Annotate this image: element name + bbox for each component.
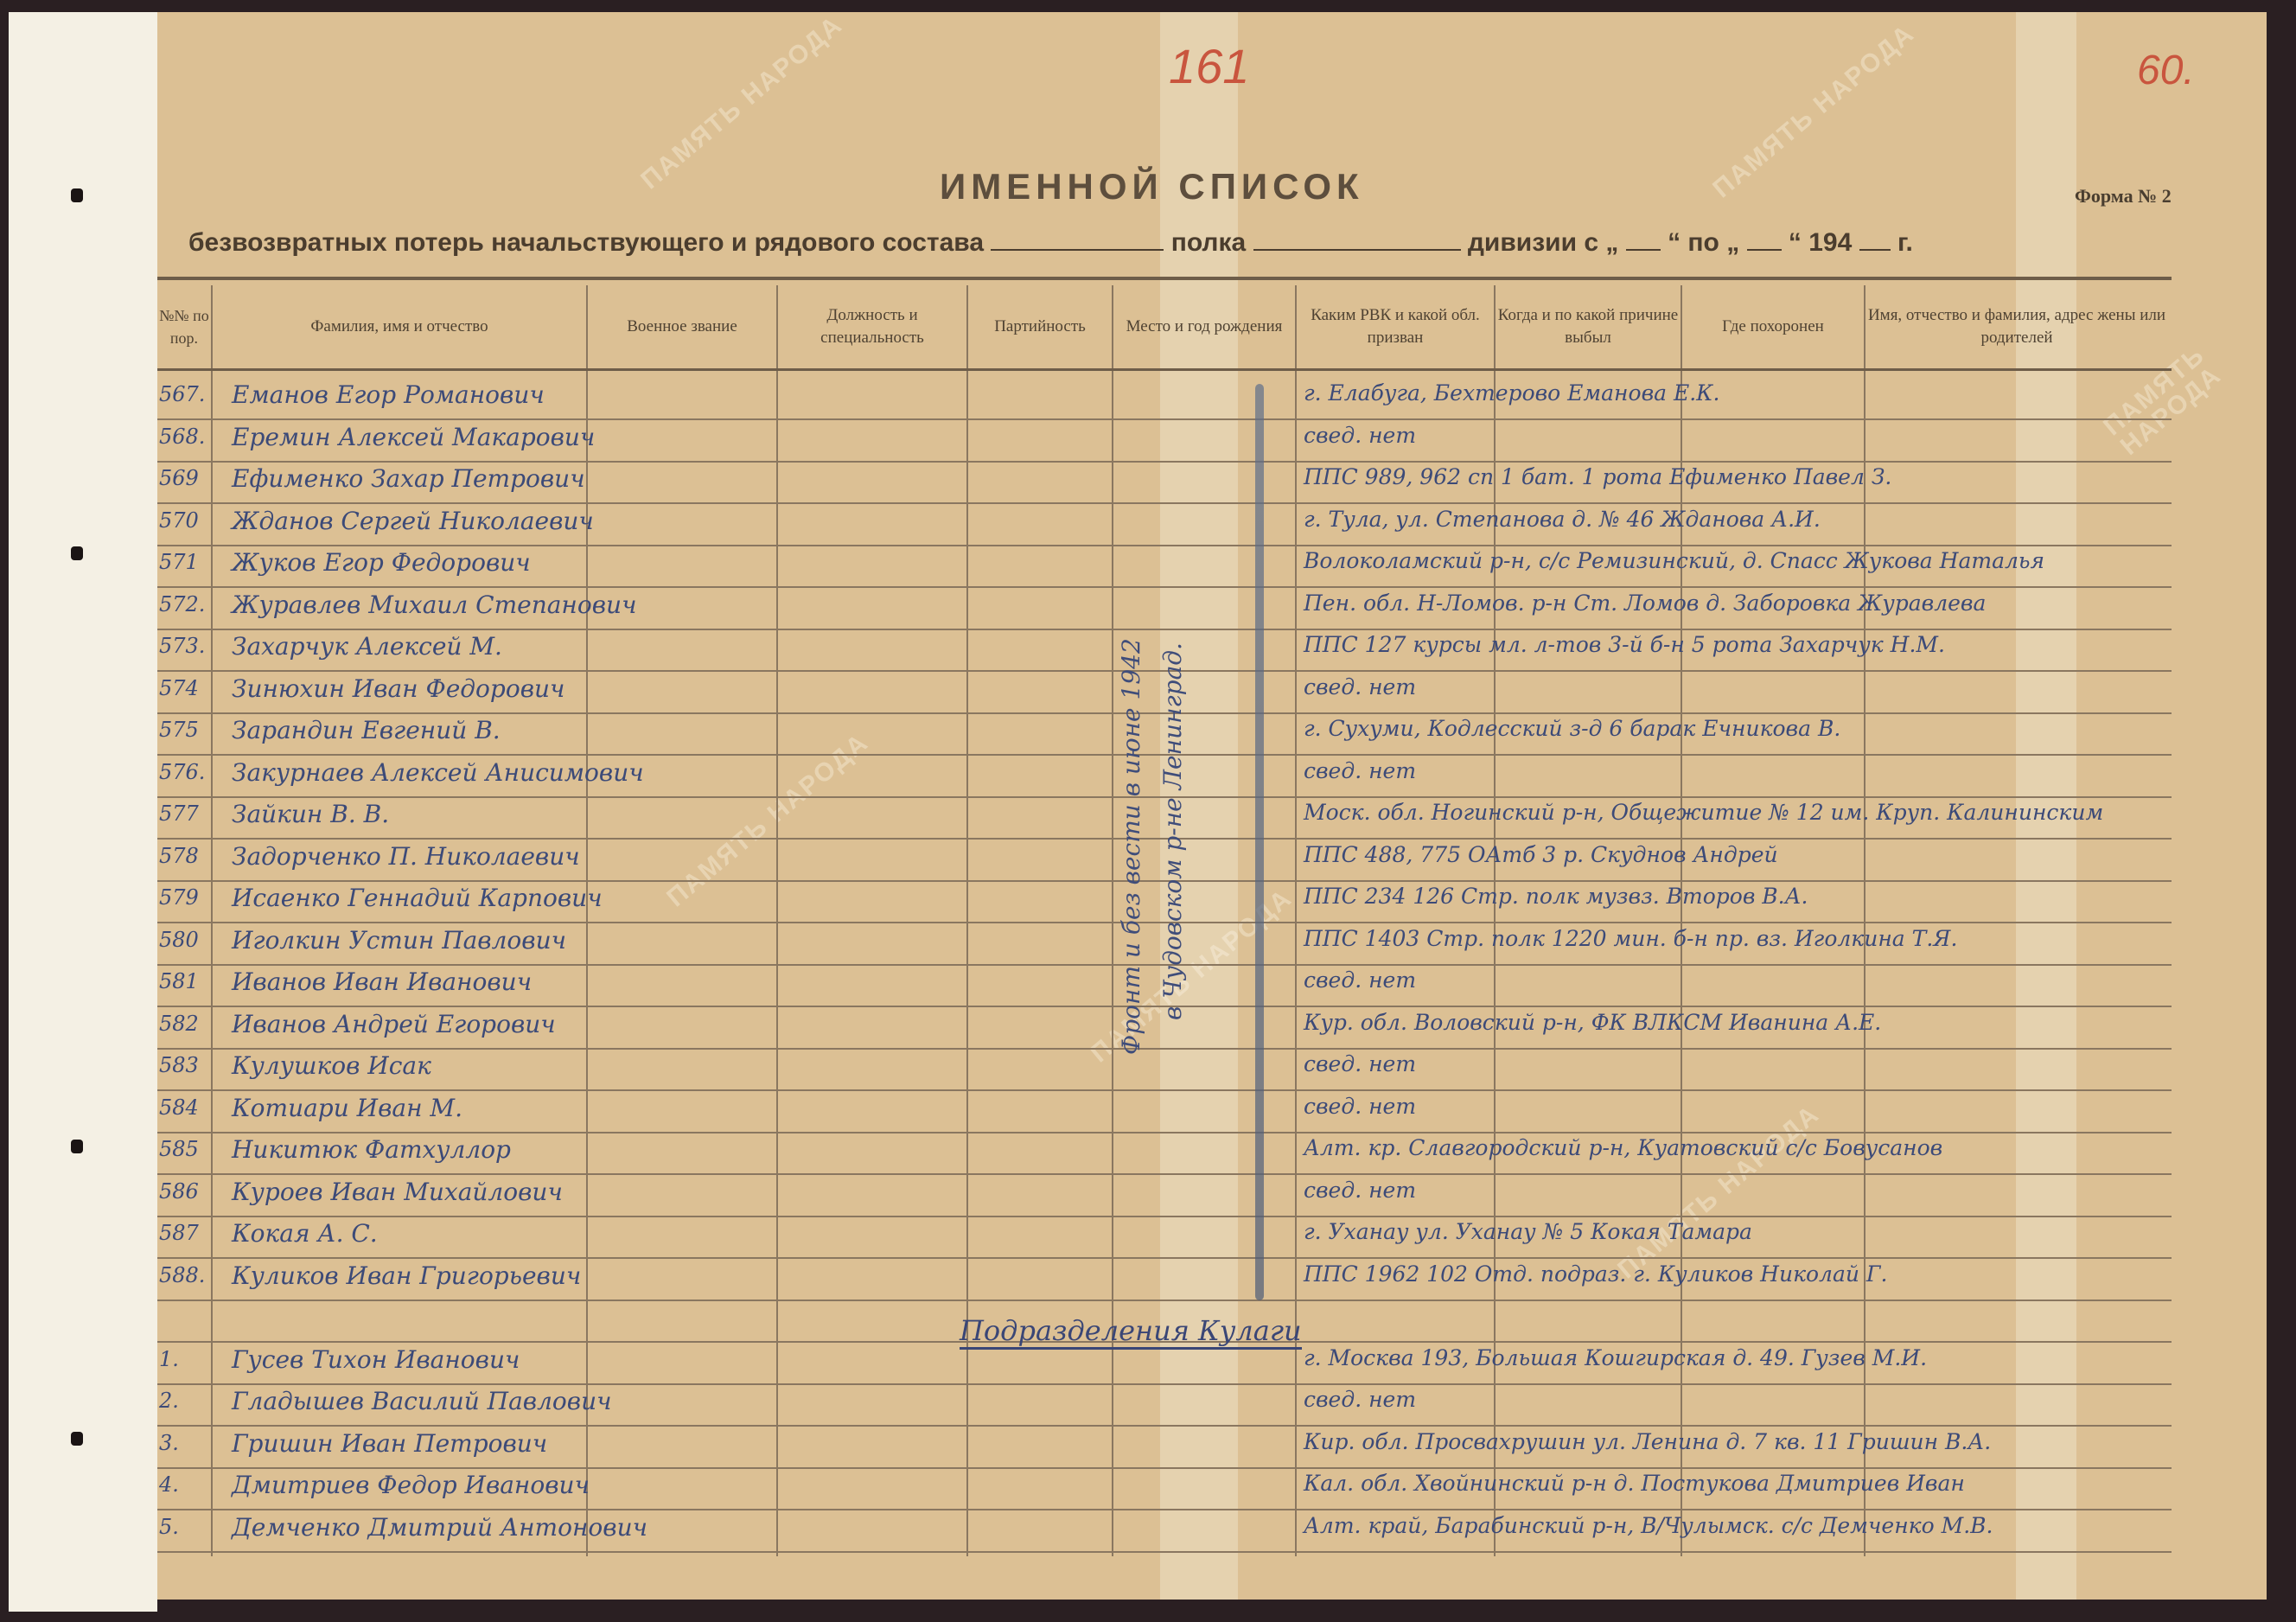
row-full-name: Иванов Иван Иванович [232, 967, 532, 996]
row-number: 576. [159, 760, 205, 784]
year-blank [1859, 228, 1891, 251]
row-number: 578 [159, 844, 199, 868]
row-full-name: Еремин Алексей Макарович [232, 423, 595, 451]
binding-strip [9, 12, 157, 1612]
row-details: ППС 234 126 Стр. полк музвз. Второв В.А. [1304, 884, 1808, 909]
row-details: г. Тула, ул. Степанова д. № 46 Жданова А… [1304, 507, 1821, 532]
date-to-blank [1747, 228, 1782, 251]
watermark: ПАМЯТЬ НАРОДА [637, 11, 848, 194]
row-full-name: Исаенко Геннадий Карпович [232, 884, 603, 912]
table-row: 587Кокая А. С.г. Уханау ул. Уханау № 5 К… [157, 1219, 2172, 1261]
row-full-name: Закурнаев Алексей Анисимович [232, 758, 644, 787]
row-full-name: Жуков Егор Федорович [232, 548, 531, 577]
row-line [157, 1300, 2172, 1301]
row-details: г. Сухуми, Кодлесский з-д 6 барак Ечнико… [1304, 716, 1840, 741]
row-line [157, 1048, 2172, 1050]
row-number: 567. [159, 382, 205, 406]
row-full-name: Иванов Андрей Егорович [232, 1010, 556, 1038]
row-number: 583 [159, 1053, 199, 1077]
row-details: г. Москва 193, Большая Кошгирская д. 49.… [1304, 1345, 1927, 1370]
column-header-party: Партийность [968, 285, 1112, 368]
row-full-name: Гришин Иван Петрович [232, 1429, 547, 1458]
row-number: 568. [159, 425, 205, 449]
row-number: 586 [159, 1179, 199, 1204]
row-line [157, 629, 2172, 630]
page-title: ИМЕННОЙ СПИСОК [940, 166, 1364, 208]
table-row: 5.Демченко Дмитрий АнтоновичАлт. край, Б… [157, 1513, 2172, 1555]
row-details: ППС 989, 962 сп 1 бат. 1 рота Ефименко П… [1304, 464, 1891, 489]
row-details: свед. нет [1304, 674, 1416, 699]
row-details: ППС 488, 775 ОАтб 3 р. Скуднов Андрей [1304, 842, 1778, 867]
row-full-name: Демченко Дмитрий Антонович [232, 1513, 647, 1542]
row-details: Волоколамский р-н, с/с Ремизинский, д. С… [1304, 548, 2044, 573]
row-line [157, 1551, 2172, 1553]
row-details: Кал. обл. Хвойнинский р-н д. Постукова Д… [1304, 1471, 1965, 1496]
row-full-name: Кокая А. С. [232, 1219, 378, 1248]
vertical-note-line2: в Чудовском р-не Ленинград. [1158, 642, 1187, 1020]
subtitle-text: безвозвратных потерь начальствующего и р… [188, 228, 984, 257]
row-full-name: Гладышев Василий Павлович [232, 1387, 612, 1415]
table-row: 1.Гусев Тихон Ивановичг. Москва 193, Бол… [157, 1345, 2172, 1387]
column-header-drafted: Каким РВК и какой обл. призван [1297, 285, 1494, 368]
row-full-name: Задорченко П. Николаевич [232, 842, 580, 871]
row-number: 570 [159, 508, 199, 533]
column-header-buried: Где похоронен [1682, 285, 1864, 368]
subtitle-text: г. [1897, 228, 1913, 257]
subtitle-text: полка [1171, 228, 1246, 257]
table-row: 571Жуков Егор ФедоровичВолоколамский р-н… [157, 548, 2172, 590]
punch-hole [71, 546, 83, 560]
table-row: 3.Гришин Иван ПетровичКир. обл. Просвахр… [157, 1429, 2172, 1471]
row-full-name: Захарчук Алексей М. [232, 632, 502, 661]
archive-mark: 161 [1169, 38, 1249, 94]
row-line [157, 1089, 2172, 1091]
row-number: 572. [159, 592, 205, 616]
table-row: 567.Еманов Егор Романовичг. Елабуга, Бех… [157, 380, 2172, 422]
row-details: Кур. обл. Воловский р-н, ФК ВЛКСМ Иванин… [1304, 1010, 1881, 1035]
table-row: 569Ефименко Захар ПетровичППС 989, 962 с… [157, 464, 2172, 506]
row-full-name: Кулушков Исак [232, 1051, 431, 1080]
row-number: 588. [159, 1263, 205, 1287]
row-number: 581 [159, 969, 199, 993]
punch-hole [71, 1140, 83, 1153]
row-number: 584 [159, 1095, 199, 1120]
subtitle-text: “ по „ [1668, 228, 1739, 257]
division-blank [1253, 228, 1461, 251]
row-details: Алт. край, Барабинский р-н, В/Чулымск. с… [1304, 1513, 1993, 1538]
table-row: 583Кулушков Исаксвед. нет [157, 1051, 2172, 1093]
header-bottom-rule [157, 368, 2172, 371]
row-details: свед. нет [1304, 967, 1416, 993]
row-details: г. Елабуга, Бехтерово Еманова Е.К. [1304, 380, 1719, 405]
row-full-name: Еманов Егор Романович [232, 380, 545, 409]
row-number: 580 [159, 928, 199, 952]
row-number: 582 [159, 1012, 199, 1036]
pencil-stroke [1255, 384, 1264, 1300]
document-sheet: ПАМЯТЬ НАРОДА ПАМЯТЬ НАРОДА ПАМЯТЬ НАРОД… [157, 12, 2267, 1600]
watermark: ПАМЯТЬ НАРОДА [1709, 20, 1920, 202]
table-row: 570Жданов Сергей Николаевичг. Тула, ул. … [157, 507, 2172, 548]
row-number: 575 [159, 718, 199, 742]
table-row: 4.Дмитриев Федор ИвановичКал. обл. Хвойн… [157, 1471, 2172, 1512]
column-header-name: Фамилия, имя и отчество [213, 285, 586, 368]
row-number: 3. [159, 1431, 179, 1455]
row-line [157, 418, 2172, 420]
table-row: 585Никитюк ФатхуллорАлт. кр. Славгородск… [157, 1135, 2172, 1177]
table-row: 568.Еремин Алексей Макаровичсвед. нет [157, 423, 2172, 464]
row-line [157, 1509, 2172, 1510]
column-header-when-why: Когда и по какой причине выбыл [1496, 285, 1681, 368]
row-line [157, 461, 2172, 463]
subtitle-text: “ 194 [1789, 228, 1852, 257]
table-row: 586Куроев Иван Михайловичсвед. нет [157, 1178, 2172, 1219]
table-row: 572.Журавлев Михаил СтепановичПен. обл. … [157, 591, 2172, 632]
column-header-relatives: Имя, отчество и фамилия, адрес жены или … [1865, 285, 2168, 368]
row-details: свед. нет [1304, 758, 1416, 783]
table-row: 584Котиари Иван М.свед. нет [157, 1094, 2172, 1135]
row-number: 587 [159, 1221, 199, 1245]
row-line [157, 545, 2172, 546]
row-full-name: Ефименко Захар Петрович [232, 464, 585, 493]
date-from-blank [1626, 228, 1661, 251]
table-row: 588.Куликов Иван ГригорьевичППС 1962 102… [157, 1261, 2172, 1303]
row-full-name: Зайкин В. В. [232, 800, 389, 828]
row-line [157, 1257, 2172, 1259]
subtitle: безвозвратных потерь начальствующего и р… [188, 228, 1913, 258]
row-full-name: Куликов Иван Григорьевич [232, 1261, 581, 1290]
row-details: ППС 1403 Стр. полк 1220 мин. б-н пр. вз.… [1304, 926, 1957, 951]
table-row: 2.Гладышев Василий Павловичсвед. нет [157, 1387, 2172, 1428]
header-rule [157, 277, 2172, 280]
row-full-name: Куроев Иван Михайлович [232, 1178, 563, 1206]
row-number: 2. [159, 1389, 179, 1413]
row-details: свед. нет [1304, 1051, 1416, 1076]
row-line [157, 1425, 2172, 1427]
row-full-name: Жданов Сергей Николаевич [232, 507, 594, 535]
row-number: 574 [159, 676, 199, 700]
row-details: свед. нет [1304, 1387, 1416, 1412]
row-number: 585 [159, 1137, 199, 1161]
row-line [157, 1216, 2172, 1217]
column-header-position: Должность и специальность [778, 285, 966, 368]
column-header-num: №№ по пор. [157, 285, 211, 368]
row-details: свед. нет [1304, 1178, 1416, 1203]
row-line [157, 1467, 2172, 1469]
row-number: 577 [159, 801, 199, 826]
punch-hole [71, 188, 83, 202]
row-details: свед. нет [1304, 1094, 1416, 1119]
vertical-note-line1: Фронт и без вести в июне 1942 [1117, 638, 1145, 1055]
row-line [157, 502, 2172, 504]
row-full-name: Иголкин Устин Павлович [232, 926, 566, 955]
column-header-rank: Военное звание [588, 285, 776, 368]
row-details: Кир. обл. Просвахрушин ул. Ленина д. 7 к… [1304, 1429, 1991, 1454]
column-header-birth: Место и год рождения [1113, 285, 1295, 368]
subtitle-text: дивизии с „ [1468, 228, 1619, 257]
row-line [157, 586, 2172, 588]
row-number: 5. [159, 1515, 179, 1539]
row-number: 571 [159, 550, 199, 574]
row-details: Алт. кр. Славгородский р-н, Куатовский с… [1304, 1135, 1942, 1160]
row-details: свед. нет [1304, 423, 1416, 448]
row-line [157, 1132, 2172, 1133]
regiment-blank [991, 228, 1164, 251]
row-full-name: Журавлев Михаил Степанович [232, 591, 636, 619]
row-details: Пен. обл. Н-Ломов. р-н Ст. Ломов д. Забо… [1304, 591, 1986, 616]
row-full-name: Дмитриев Федор Иванович [232, 1471, 590, 1499]
row-full-name: Котиари Иван М. [232, 1094, 462, 1122]
row-full-name: Зинюхин Иван Федорович [232, 674, 564, 703]
row-details: ППС 127 курсы мл. л-тов 3-й б-н 5 рота З… [1304, 632, 1945, 657]
row-full-name: Зарандин Евгений В. [232, 716, 501, 744]
row-details: Моск. обл. Ногинский р-н, Общежитие № 12… [1304, 800, 2103, 825]
row-number: 579 [159, 885, 199, 910]
row-line [157, 1383, 2172, 1385]
subdivision-note: Подразделения Кулаги [960, 1314, 1302, 1350]
form-number: Форма № 2 [2075, 185, 2172, 208]
archive-mark-corner: 60. [2137, 47, 2195, 94]
row-full-name: Гусев Тихон Иванович [232, 1345, 520, 1374]
row-number: 1. [159, 1347, 179, 1371]
row-full-name: Никитюк Фатхуллор [232, 1135, 511, 1164]
row-number: 569 [159, 466, 199, 490]
row-number: 573. [159, 634, 205, 658]
row-line [157, 1173, 2172, 1175]
punch-hole [71, 1432, 83, 1446]
row-number: 4. [159, 1472, 179, 1497]
row-details: ППС 1962 102 Отд. подраз. г. Куликов Ник… [1304, 1261, 1887, 1287]
row-details: г. Уханау ул. Уханау № 5 Кокая Тамара [1304, 1219, 1752, 1244]
